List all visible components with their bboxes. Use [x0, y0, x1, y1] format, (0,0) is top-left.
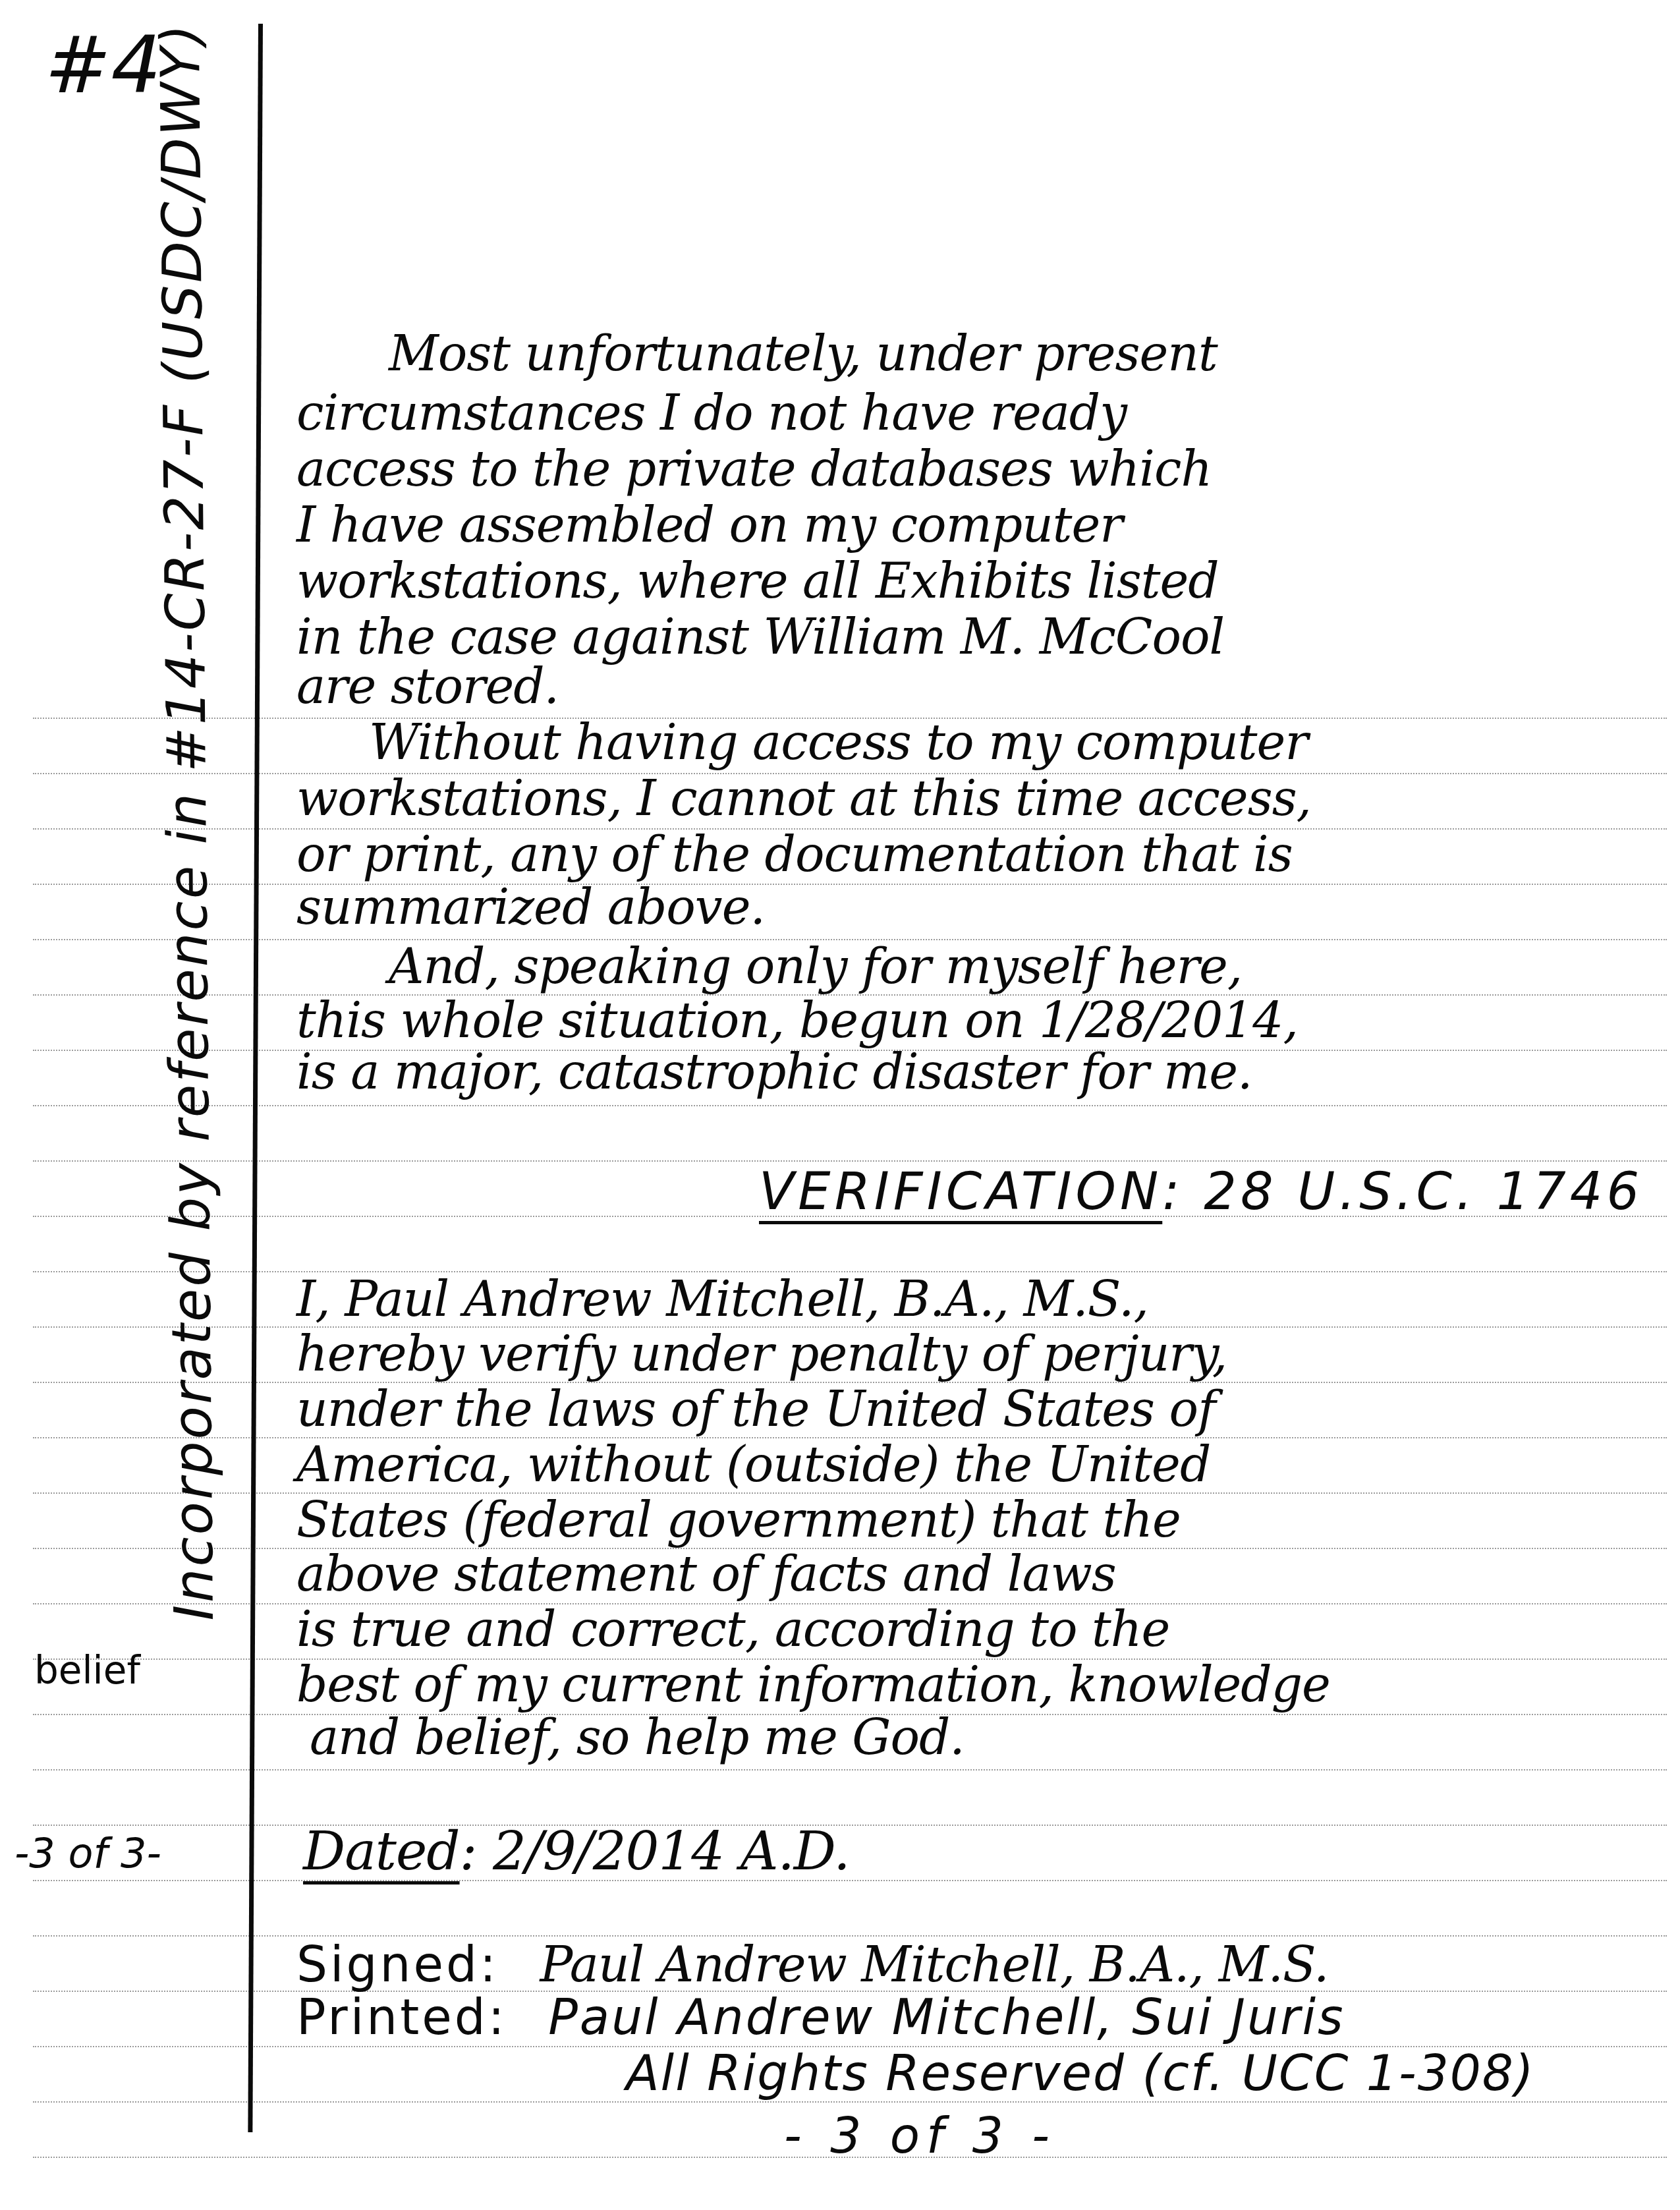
verification-line-3: under the laws of the United States of [296, 1385, 1216, 1434]
ruled-line [33, 1105, 1667, 1106]
paragraph-2-line-2: workstations, I cannot at this time acce… [296, 774, 1311, 823]
paragraph-1-line-6: in the case against William M. McCool [296, 613, 1224, 662]
printed-label: Printed: [296, 1989, 507, 2046]
verification-line-9: and belief, so help me God. [310, 1713, 965, 1762]
verification-line-6: above statement of facts and laws [296, 1550, 1116, 1599]
paragraph-1-line-1: Most unfortunately, under present [389, 329, 1218, 378]
ruled-line [33, 1769, 1667, 1771]
margin-line [248, 24, 263, 2132]
paragraph-2-line-3: or print, any of the documentation that … [296, 830, 1293, 879]
signed-label: Signed: [296, 1937, 499, 1993]
margin-note-belief: belief [34, 1651, 140, 1689]
verification-heading: VERIFICATION [759, 1162, 1162, 1222]
page-footer: - 3 of 3 - [784, 2112, 1056, 2161]
dated-row: Dated: 2/9/2014 A.D. [303, 1825, 850, 1878]
verification-line-7: is true and correct, according to the [296, 1605, 1169, 1654]
paragraph-1-line-7: are stored. [296, 662, 559, 711]
ruled-line [33, 1825, 1667, 1826]
paragraph-3-line-1: And, speaking only for myself here, [389, 942, 1242, 991]
signature: Paul Andrew Mitchell, B.A., M.S. [540, 1937, 1328, 1993]
margin-page-marker: -3 of 3- [14, 1833, 161, 1874]
document-page: #4 Incorporated by reference in #14-CR-2… [0, 0, 1680, 2210]
paragraph-1-line-3: access to the private databases which [296, 445, 1212, 494]
printed-name: Paul Andrew Mitchell, Sui Juris [548, 1989, 1345, 2046]
rights-reserved: All Rights Reserved (cf. UCC 1-308) [626, 2049, 1535, 2098]
verification-heading-row: VERIFICATION: 28 U.S.C. 1746 [759, 1166, 1643, 1218]
paragraph-2-line-4: summarized above. [296, 883, 765, 932]
paragraph-3-line-3: is a major, catastrophic disaster for me… [296, 1048, 1252, 1096]
ruled-line [33, 1160, 1667, 1162]
dated-value: : 2/9/2014 A.D. [460, 1821, 850, 1882]
signed-row: Signed: Paul Andrew Mitchell, B.A., M.S. [296, 1941, 1329, 1989]
dated-label: Dated [303, 1821, 460, 1882]
ruled-line [33, 1880, 1667, 1881]
verification-line-4: America, without (outside) the United [296, 1440, 1210, 1489]
paragraph-2-line-1: Without having access to my computer [369, 718, 1308, 767]
exhibit-number: #4 [45, 26, 161, 105]
verification-citation: : 28 U.S.C. 1746 [1162, 1162, 1643, 1222]
verification-line-8: best of my current information, knowledg… [296, 1660, 1330, 1709]
paragraph-1-line-2: circumstances I do not have ready [296, 389, 1127, 438]
verification-line-2: hereby verify under penalty of perjury, [296, 1330, 1227, 1378]
printed-row: Printed: Paul Andrew Mitchell, Sui Juris [296, 1993, 1345, 2042]
margin-annotation: Incorporated by reference in #14-CR-27-F… [154, 22, 222, 1621]
paragraph-3-line-2: this whole situation, begun on 1/28/2014… [296, 996, 1298, 1045]
verification-line-1: I, Paul Andrew Mitchell, B.A., M.S., [296, 1275, 1148, 1324]
verification-line-5: States (federal government) that the [296, 1496, 1181, 1544]
paragraph-1-line-5: workstations, where all Exhibits listed [296, 557, 1219, 606]
paragraph-1-line-4: I have assembled on my computer [296, 501, 1123, 550]
ruled-line [33, 884, 1667, 885]
